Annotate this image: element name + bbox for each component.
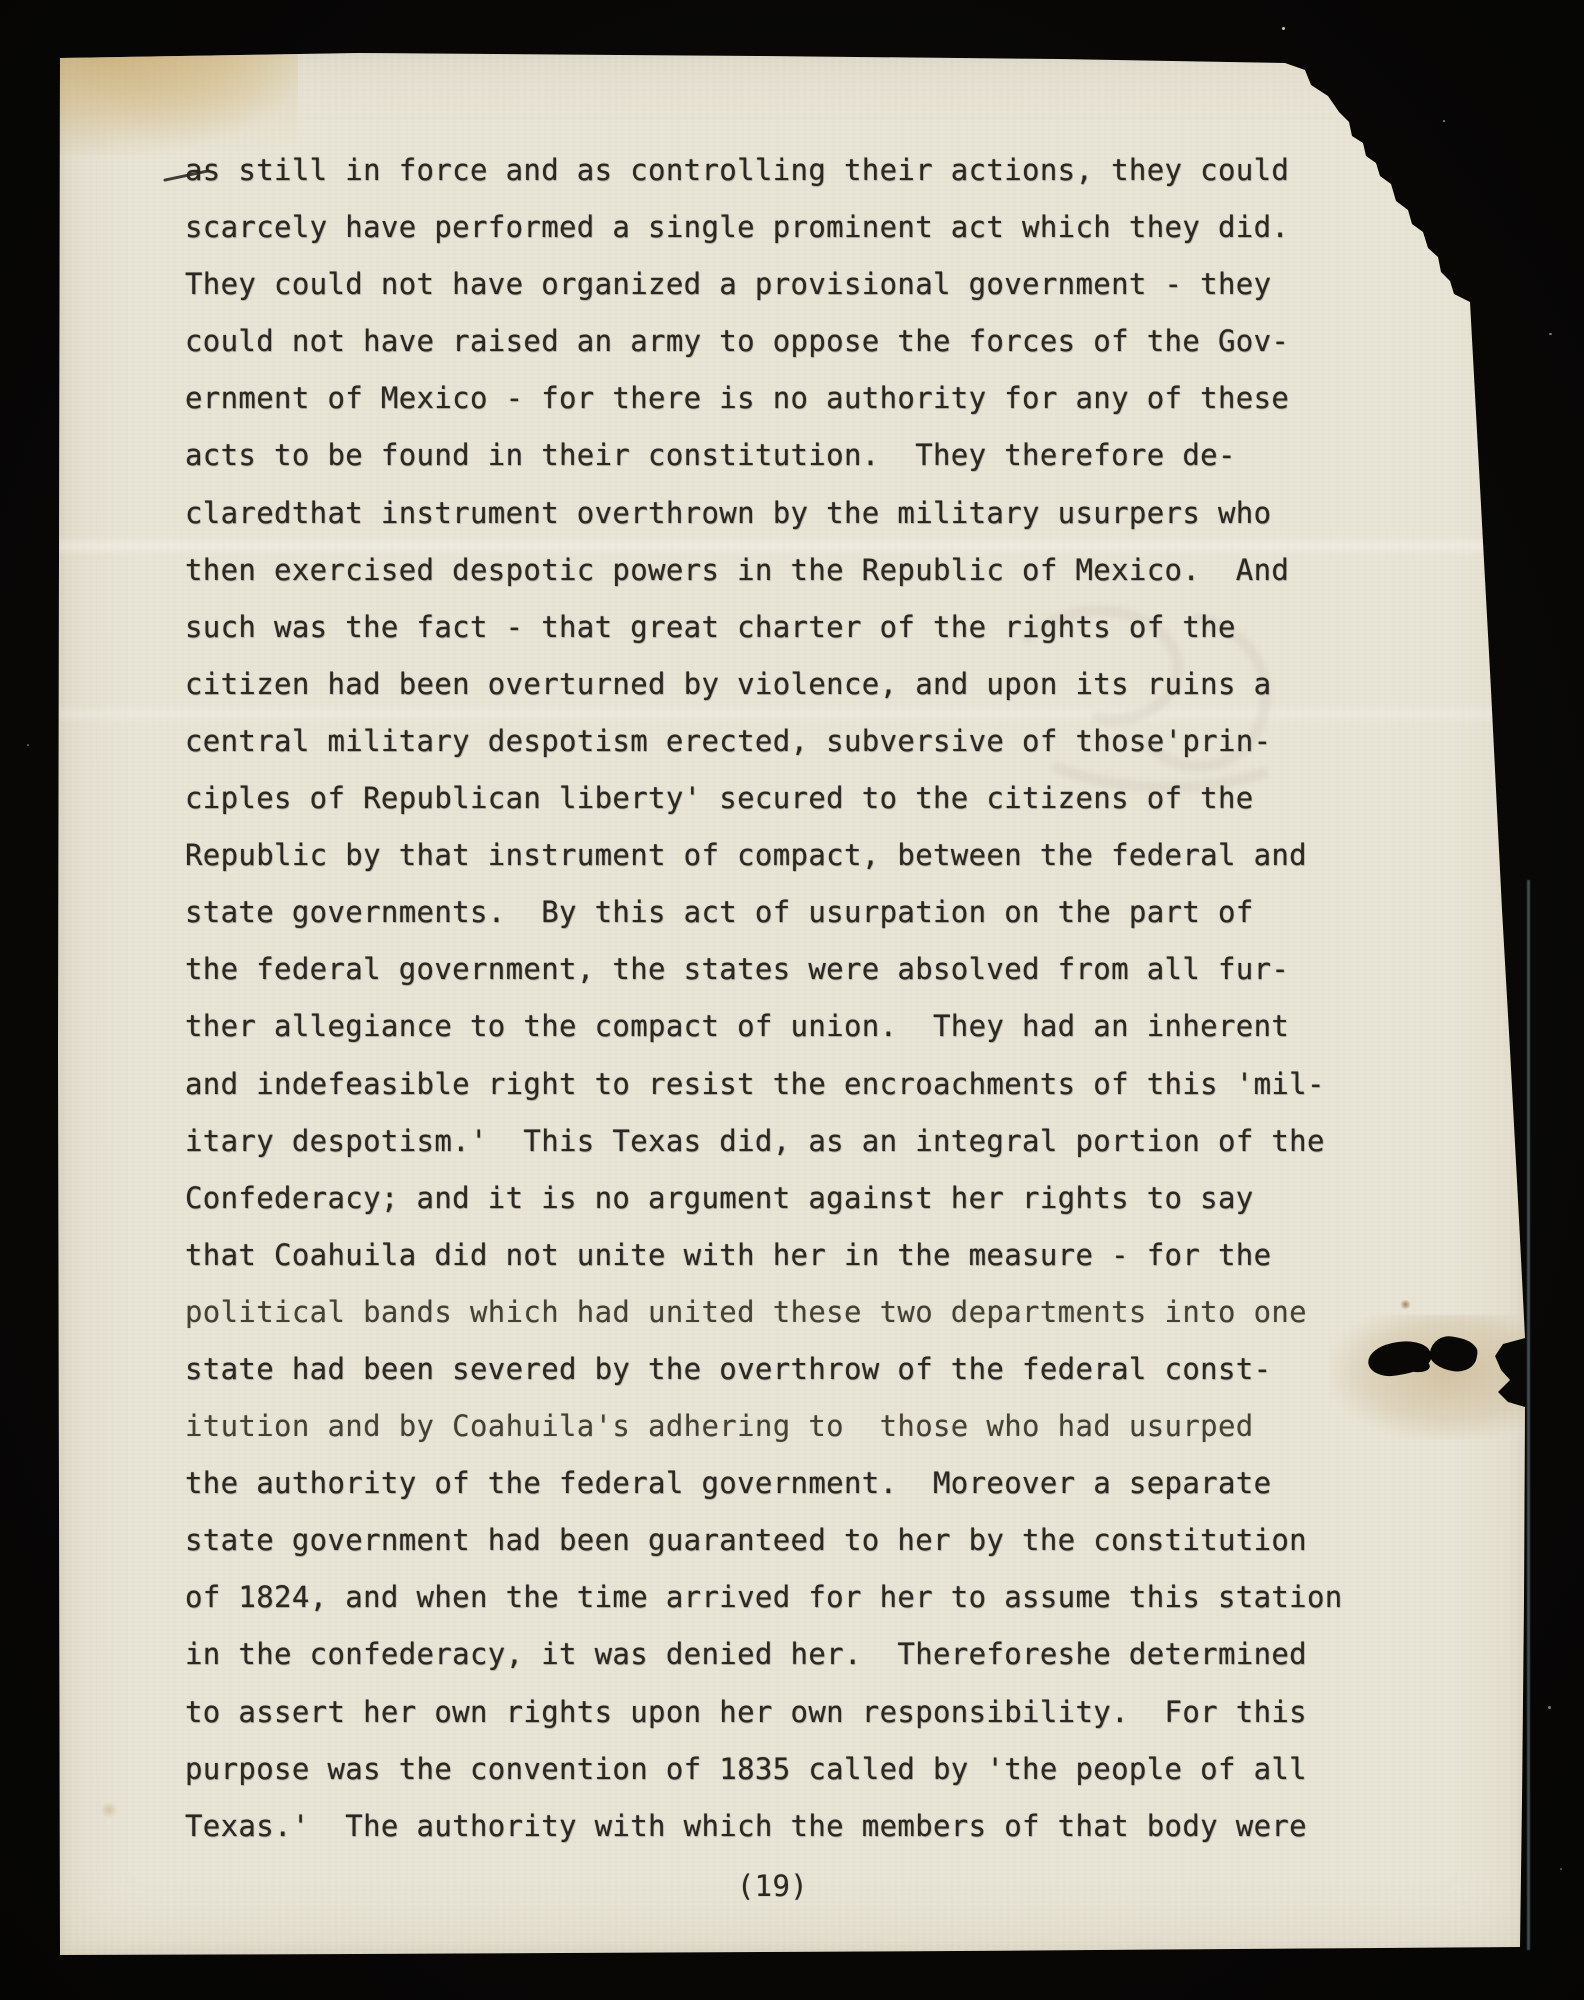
typewritten-line: such was the fact - that great charter o… <box>185 599 1395 656</box>
typewritten-line: Confederacy; and it is no argument again… <box>185 1170 1395 1227</box>
typewritten-line: could not have raised an army to oppose … <box>185 313 1395 370</box>
typewritten-line: as still in force and as controlling the… <box>185 142 1395 199</box>
stain <box>1400 1300 1411 1309</box>
typewritten-line: of 1824, and when the time arrived for h… <box>185 1569 1395 1626</box>
dust-speck <box>1282 27 1285 30</box>
typewritten-line: scarcely have performed a single promine… <box>185 199 1395 256</box>
typewritten-line: state had been severed by the overthrow … <box>185 1341 1395 1398</box>
typewritten-line: claredthat instrument overthrown by the … <box>185 485 1395 542</box>
stain <box>58 50 298 155</box>
typewritten-line: ther allegiance to the compact of union.… <box>185 998 1395 1055</box>
typewritten-line: purpose was the convention of 1835 calle… <box>185 1741 1395 1798</box>
dust-speck <box>1548 1706 1551 1709</box>
typewritten-line: political bands which had united these t… <box>185 1284 1395 1341</box>
typewritten-line: to assert her own rights upon her own re… <box>185 1684 1395 1741</box>
paper-edge-highlight <box>1527 880 1530 1950</box>
typewritten-line: Texas.' The authority with which the mem… <box>185 1798 1395 1855</box>
typewritten-line: itary despotism.' This Texas did, as an … <box>185 1113 1395 1170</box>
typewritten-line: acts to be found in their constitution. … <box>185 427 1395 484</box>
photo-background: as still in force and as controlling the… <box>0 0 1584 2000</box>
typewritten-line: in the confederacy, it was denied her. T… <box>185 1626 1395 1683</box>
typewritten-line: ernment of Mexico - for there is no auth… <box>185 370 1395 427</box>
typewritten-line: itution and by Coahuila's adhering to th… <box>185 1398 1395 1455</box>
dust-speck <box>1549 333 1552 335</box>
typewritten-line: ciples of Republican liberty' secured to… <box>185 770 1395 827</box>
typewritten-line: the federal government, the states were … <box>185 941 1395 998</box>
typewritten-line: state government had been guaranteed to … <box>185 1512 1395 1569</box>
typewritten-text: as still in force and as controlling the… <box>185 142 1395 1855</box>
typewritten-line: state governments. By this act of usurpa… <box>185 884 1395 941</box>
dust-speck <box>27 744 29 746</box>
page-number: (19) <box>185 1858 1360 1915</box>
typewritten-line: Republic by that instrument of compact, … <box>185 827 1395 884</box>
dust-speck <box>1443 120 1445 122</box>
typewritten-line: the authority of the federal government.… <box>185 1455 1395 1512</box>
typewritten-line: that Coahuila did not unite with her in … <box>185 1227 1395 1284</box>
dust-speck <box>1560 1868 1562 1870</box>
typewritten-line: central military despotism erected, subv… <box>185 713 1395 770</box>
typewritten-line: and indefeasible right to resist the enc… <box>185 1056 1395 1113</box>
typewritten-line: They could not have organized a provisio… <box>185 256 1395 313</box>
stain <box>100 1802 118 1818</box>
typewritten-line: citizen had been overturned by violence,… <box>185 656 1395 713</box>
typewritten-line: then exercised despotic powers in the Re… <box>185 542 1395 599</box>
